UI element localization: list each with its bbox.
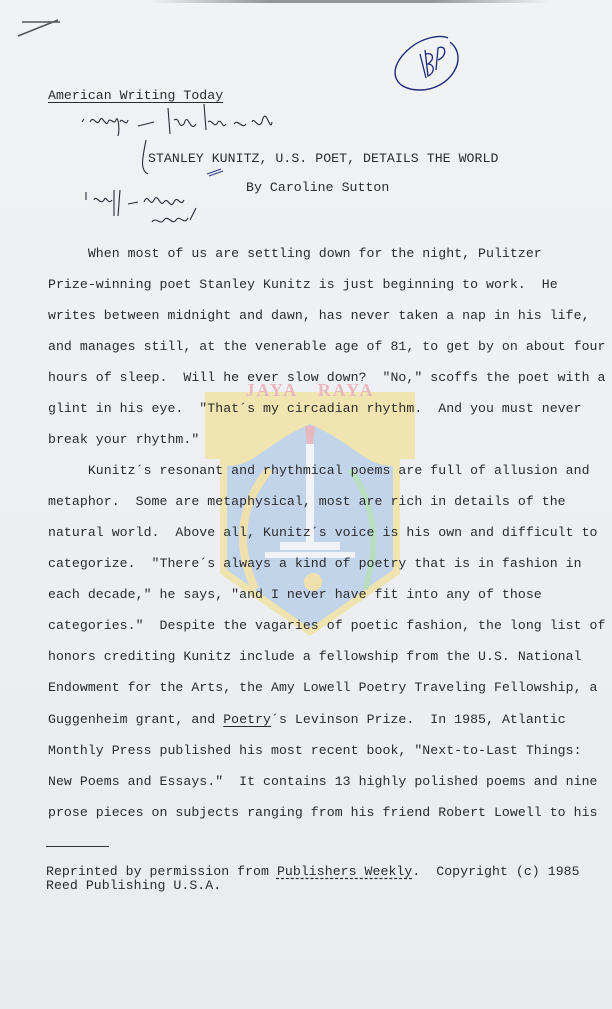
handwritten-note-scoff — [78, 186, 218, 236]
footnote-rule — [46, 846, 109, 847]
body-line-10: natural world. Above all, Kunitz´s voice… — [48, 525, 598, 541]
body-line-2: Prize-winning poet Stanley Kunitz is jus… — [48, 277, 558, 293]
pencil-mark-icon — [10, 14, 70, 44]
double-underline-mark — [205, 166, 225, 178]
article-title: STANLEY KUNITZ, U.S. POET, DETAILS THE W… — [148, 151, 498, 167]
footnote-line-2: Reed Publishing U.S.A. — [46, 878, 221, 894]
body-line-19: prose pieces on subjects ranging from hi… — [48, 805, 598, 821]
body-line-13: categories." Despite the vagaries of poe… — [48, 618, 605, 634]
circled-initials-icon — [380, 28, 470, 100]
body-line-17: Monthly Press published his most recent … — [48, 743, 582, 759]
body-line-12: each decade," he says, "and I never have… — [48, 587, 542, 603]
publication-title-publishers-weekly: Publishers Weekly — [277, 864, 412, 879]
body-line-6: glint in his eye. "That´s my circadian r… — [48, 401, 582, 417]
body-line-15: Endowment for the Arts, the Amy Lowell P… — [48, 680, 598, 696]
scan-edge-shadow — [150, 0, 550, 3]
body-line-14: honors crediting Kunitz include a fellow… — [48, 649, 582, 665]
body-line-1: When most of us are settling down for th… — [48, 246, 542, 262]
body-line-7: break your rhythm." — [48, 432, 199, 448]
text-span: Guggenheim grant, and — [48, 712, 223, 727]
document-page: JAYA RAYA American Writing Today STANLEY… — [0, 0, 612, 1009]
body-line-5: hours of sleep. Will he ever slow down? … — [48, 370, 605, 386]
body-line-4: and manages still, at the venerable age … — [48, 339, 605, 355]
byline: By Caroline Sutton — [246, 180, 389, 196]
text-span: Reprinted by permission from — [46, 864, 277, 879]
body-line-11: categorize. "There´s always a kind of po… — [48, 556, 582, 572]
publication-title-poetry: Poetry — [223, 712, 271, 727]
body-line-8: Kunitz´s resonant and rhythmical poems a… — [48, 463, 590, 479]
text-span: . Copyright (c) 1985 — [412, 864, 579, 879]
text-span: ´s Levinson Prize. In 1985, Atlantic — [271, 712, 566, 727]
body-line-3: writes between midnight and dawn, has ne… — [48, 308, 590, 324]
body-line-18: New Poems and Essays." It contains 13 hi… — [48, 774, 598, 790]
body-line-16: Guggenheim grant, and Poetry´s Levinson … — [48, 712, 566, 728]
body-line-9: metaphor. Some are metaphysical, most ar… — [48, 494, 566, 510]
